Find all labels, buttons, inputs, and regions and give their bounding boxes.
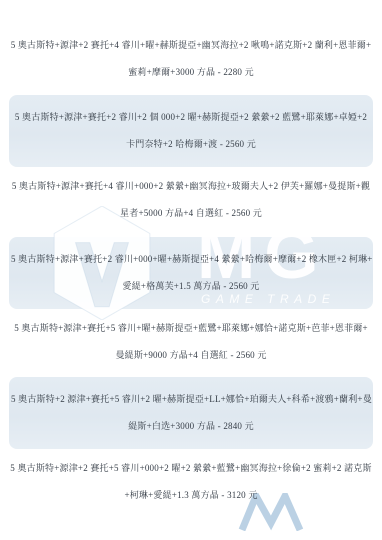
listing-line1: 5 奧古斯特+2 源津+賽托+5 睿川+2 曜+赫斯提亞+LL+娜恰+珀爾夫人+…: [11, 386, 371, 413]
listing-row-3: 5 奧古斯特+源津+賽托+4 睿川+000+2 縈縈+幽冥海拉+玻爾夫人+2 伊…: [9, 173, 373, 227]
listing-line1: 5 奧古斯特+源津+賽托+2 睿川+2 個 000+2 曜+赫斯提亞+2 縈縈+…: [11, 104, 371, 131]
price-list: 5 奧古斯特+源津+2 賽托+4 睿川+曜+赫斯提亞+幽冥海拉+2 啾鳴+諾克斯…: [0, 32, 382, 509]
listing-row-5: 5 奧古斯特+源津+賽托+5 睿川+曜+赫斯提亞+藍鷺+耶萊娜+娜恰+諾克斯+芭…: [9, 315, 373, 369]
listing-line2: 卡門奈特+2 哈梅爾+渡 - 2560 元: [11, 131, 371, 158]
listing-line2: 愛緹+格萬芙+1.5 萬方晶 - 2560 元: [11, 273, 371, 300]
listing-line2: 緹斯+白选+3000 方晶 - 2840 元: [11, 413, 371, 440]
listing-line1: 5 奧古斯特+源津+2 賽托+5 睿川+000+2 曜+2 縈縈+藍鷺+幽冥海拉…: [9, 455, 373, 482]
listing-line1: 5 奧古斯特+源津+賽托+4 睿川+000+2 縈縈+幽冥海拉+玻爾夫人+2 伊…: [9, 173, 373, 200]
listing-row-7: 5 奧古斯特+源津+2 賽托+5 睿川+000+2 曜+2 縈縈+藍鷺+幽冥海拉…: [9, 455, 373, 509]
listing-line1: 5 奧古斯特+源津+賽托+2 睿川+000+曜+赫斯提亞+4 縈縈+哈梅爾+摩爾…: [11, 246, 371, 273]
listing-row-2: 5 奧古斯特+源津+賽托+2 睿川+2 個 000+2 曜+赫斯提亞+2 縈縈+…: [9, 95, 373, 167]
listing-line2: 蜜莉+摩爾+3000 方晶 - 2280 元: [9, 59, 373, 86]
listing-line1: 5 奧古斯特+源津+2 賽托+4 睿川+曜+赫斯提亞+幽冥海拉+2 啾鳴+諾克斯…: [9, 32, 373, 59]
listing-line2: 星者+5000 方晶+4 自選紅 - 2560 元: [9, 200, 373, 227]
listing-line2: +柯琳+愛緹+1.3 萬方晶 - 3120 元: [9, 482, 373, 509]
listing-line2: 曼緹斯+9000 方晶+4 自選紅 - 2560 元: [9, 342, 373, 369]
listing-row-1: 5 奧古斯特+源津+2 賽托+4 睿川+曜+赫斯提亞+幽冥海拉+2 啾鳴+諾克斯…: [9, 32, 373, 86]
listing-row-6: 5 奧古斯特+2 源津+賽托+5 睿川+2 曜+赫斯提亞+LL+娜恰+珀爾夫人+…: [9, 377, 373, 449]
listing-row-4: 5 奧古斯特+源津+賽托+2 睿川+000+曜+赫斯提亞+4 縈縈+哈梅爾+摩爾…: [9, 237, 373, 309]
listing-line1: 5 奧古斯特+源津+賽托+5 睿川+曜+赫斯提亞+藍鷺+耶萊娜+娜恰+諾克斯+芭…: [9, 315, 373, 342]
